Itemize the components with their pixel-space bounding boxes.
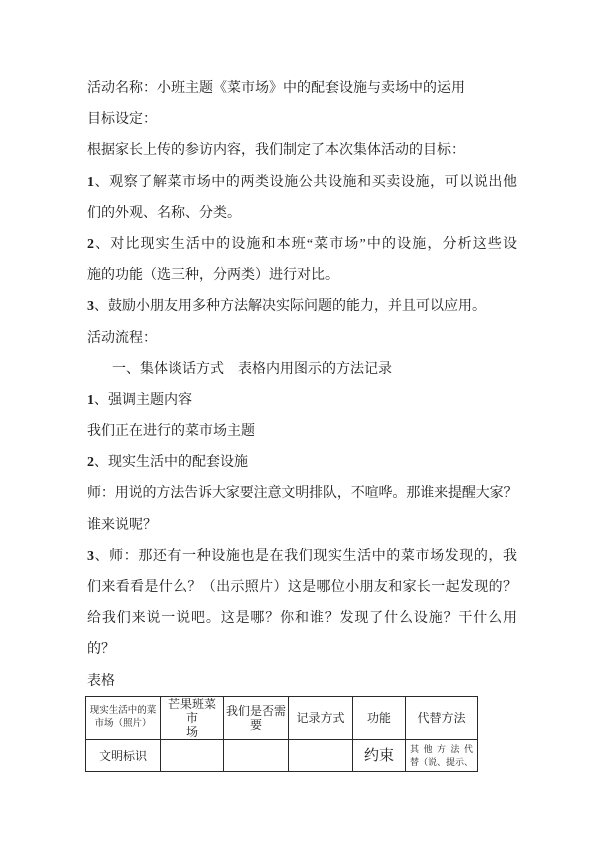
paragraph-line: 活动名称：小班主题《菜市场》中的配套设施与卖场中的运用 — [87, 73, 517, 104]
table-header-cell: 我们是否需 要 — [224, 697, 289, 740]
table-header-cell: 芒果班菜市 场 — [161, 697, 224, 740]
paragraph-line: 师：用说的方法告诉大家要注意文明排队，不喧哗。那谁来提醒大家？ — [87, 478, 517, 509]
table-cell — [224, 740, 289, 772]
paragraph-line: 2、对比现实生活中的设施和本班“菜市场”中的设施，分析这些设 — [87, 229, 517, 260]
list-number: 2 — [87, 455, 94, 470]
table-cell — [161, 740, 224, 772]
table-cell: 约束 — [353, 740, 406, 772]
paragraph-line: 的？ — [87, 634, 517, 665]
paragraph-line: 活动流程： — [87, 323, 517, 354]
paragraph-line: 3、师：那还有一种设施也是在我们现实生活中的菜市场发现的，我 — [87, 541, 517, 572]
list-number: 3 — [87, 549, 94, 564]
paragraph-line: 们的外观、名称、分类。 — [87, 198, 517, 229]
a4-document-page: 活动名称：小班主题《菜市场》中的配套设施与卖场中的运用目标设定：根据家长上传的参… — [0, 0, 595, 842]
paragraph-line-text: 、现实生活中的配套设施 — [94, 455, 248, 470]
paragraph-line: 1、观察了解菜市场中的两类设施公共设施和买卖设施，可以说出他 — [87, 167, 517, 198]
table-cell: 其他方法代 替（说、提示、 — [406, 740, 478, 772]
list-number: 3 — [87, 299, 94, 314]
table-header-cell: 代替方法 — [406, 697, 478, 740]
paragraph-line-text: 、对比现实生活中的设施和本班“菜市场”中的设施，分析这些设 — [94, 237, 517, 252]
paragraph-line: 根据家长上传的参访内容，我们制定了本次集体活动的目标： — [87, 135, 517, 166]
paragraph-line: 1、强调主题内容 — [87, 385, 517, 416]
record-table: 现实生活中的菜 市场（照片）芒果班菜市 场我们是否需 要记录方式功能代替方法文明… — [85, 696, 478, 772]
paragraph-line-text: 、强调主题内容 — [94, 393, 192, 408]
paragraph-line: 3、鼓励小朋友用多种方法解决实际问题的能力，并且可以应用。 — [87, 291, 517, 322]
paragraph-line: 表格 — [87, 666, 517, 697]
table-cell: 文明标识 — [86, 740, 161, 772]
table-cell — [289, 740, 353, 772]
table-header-cell: 现实生活中的菜 市场（照片） — [86, 697, 161, 740]
paragraph-line: 我们正在进行的菜市场主题 — [87, 416, 517, 447]
paragraph-line-text: 、观察了解菜市场中的两类设施公共设施和买卖设施，可以说出他 — [94, 175, 517, 190]
paragraph-line-text: 、鼓励小朋友用多种方法解决实际问题的能力，并且可以应用。 — [94, 299, 486, 314]
list-number: 1 — [87, 393, 94, 408]
paragraph-line: 目标设定： — [87, 104, 517, 135]
paragraph-line: 谁来说呢？ — [87, 510, 517, 541]
table-header-cell: 记录方式 — [289, 697, 353, 740]
table-row: 文明标识约束其他方法代 替（说、提示、 — [86, 740, 478, 772]
record-table-body: 现实生活中的菜 市场（照片）芒果班菜市 场我们是否需 要记录方式功能代替方法文明… — [86, 697, 478, 772]
paragraph-line: 施的功能（选三种，分两类）进行对比。 — [87, 260, 517, 291]
paragraph-line: 一、集体谈话方式 表格内用图示的方法记录 — [87, 354, 517, 385]
list-number: 1 — [87, 175, 94, 190]
list-number: 2 — [87, 237, 94, 252]
paragraph-line-text: 、师：那还有一种设施也是在我们现实生活中的菜市场发现的，我 — [94, 549, 517, 564]
paragraph-line: 给我们来说一说吧。这是哪？你和谁？发现了什么设施？干什么用 — [87, 603, 517, 634]
paragraph-line: 2、现实生活中的配套设施 — [87, 447, 517, 478]
document-body: 活动名称：小班主题《菜市场》中的配套设施与卖场中的运用目标设定：根据家长上传的参… — [87, 73, 517, 697]
paragraph-line: 们来看看是什么？（出示照片）这是哪位小朋友和家长一起发现的？ — [87, 572, 517, 603]
table-header-row: 现实生活中的菜 市场（照片）芒果班菜市 场我们是否需 要记录方式功能代替方法 — [86, 697, 478, 740]
table-header-cell: 功能 — [353, 697, 406, 740]
